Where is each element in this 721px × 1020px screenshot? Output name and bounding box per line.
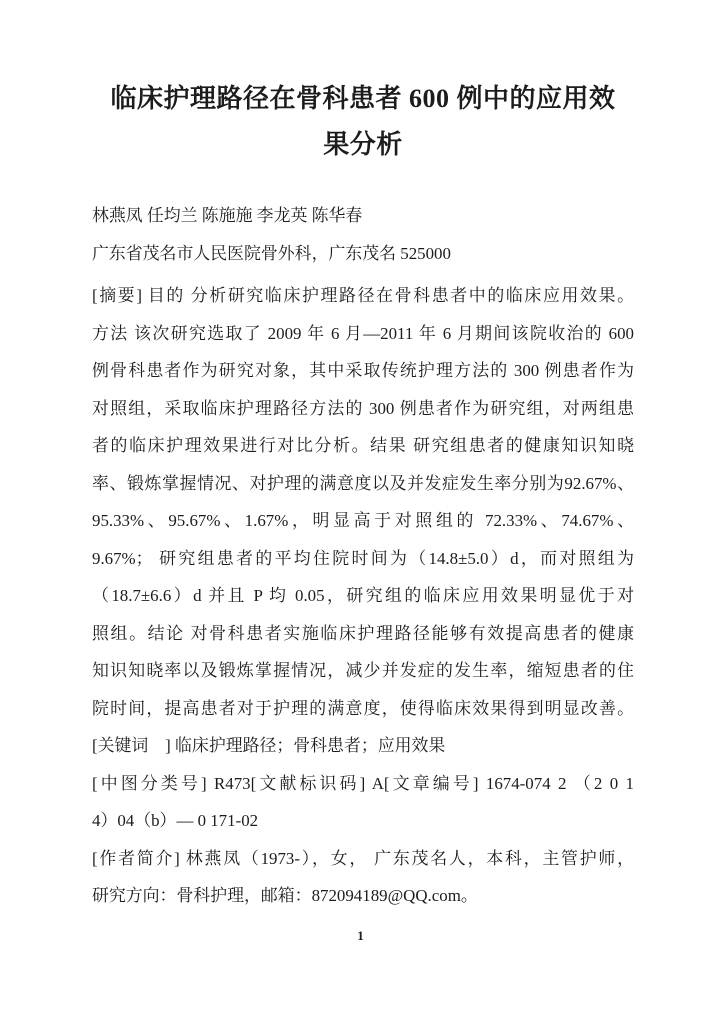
paper-title: 临床护理路径在骨科患者 600 例中的应用效 果分析 [92,0,634,168]
abstract-line-10: 照组。结论 对骨科患者实施临床护理路径能够有效提高患者的健康 [92,615,634,653]
abstract-line-2: 方法 该次研究选取了 2009 年 6 月—2011 年 6 月期间该院收治的 … [92,315,634,353]
abstract-line-3: 例骨科患者作为研究对象，其中采取传统护理方法的 300 例患者作为 [92,352,634,390]
paper-title-line-2: 果分析 [92,122,634,168]
body-text: 林燕凤 任均兰 陈施施 李龙英 陈华春 广东省茂名市人民医院骨外科，广东茂名 5… [92,197,634,915]
abstract-line-4: 对照组，采取临床护理路径方法的 300 例患者作为研究组，对两组患 [92,390,634,428]
classification-line-1: [中图分类号] R473[文献标识码] A[文章编号] 1674-074 2 （… [92,765,634,803]
abstract-line-5: 者的临床护理效果进行对比分析。结果 研究组患者的健康知识知晓 [92,427,634,465]
authors-line: 林燕凤 任均兰 陈施施 李龙英 陈华春 [92,197,634,235]
abstract-paragraph: [摘要] 目的 分析研究临床护理路径在骨科患者中的临床应用效果。 方法 该次研究… [92,277,634,727]
abstract-line-1: [摘要] 目的 分析研究临床护理路径在骨科患者中的临床应用效果。 [92,277,634,315]
paper-title-line-1: 临床护理路径在骨科患者 600 例中的应用效 [92,76,634,122]
classification-line-2: 4）04（b）— 0 171-02 [92,802,634,840]
keywords-line: [关键词 ] 临床护理路径；骨科患者；应用效果 [92,727,634,765]
abstract-line-9: （18.7±6.6）d 并且 P 均 0.05，研究组的临床应用效果明显优于对 [92,577,634,615]
affiliation-line: 广东省茂名市人民医院骨外科，广东茂名 525000 [92,235,634,273]
author-bio-line-2: 研究方向：骨科护理，邮箱：872094189@QQ.com。 [92,877,634,915]
abstract-line-11: 知识知晓率以及锻炼掌握情况，减少并发症的发生率，缩短患者的住 [92,652,634,690]
text-column: 临床护理路径在骨科患者 600 例中的应用效 果分析 林燕凤 任均兰 陈施施 李… [92,0,634,915]
document-page: 临床护理路径在骨科患者 600 例中的应用效 果分析 林燕凤 任均兰 陈施施 李… [0,0,721,1020]
abstract-line-6: 率、锻炼掌握情况、对护理的满意度以及并发症发生率分别为92.67%、 [92,465,634,503]
abstract-line-12: 院时间，提高患者对于护理的满意度，使得临床效果得到明显改善。 [92,690,634,728]
author-bio-line-1: [作者简介] 林燕凤（1973-），女， 广东茂名人，本科，主管护师， [92,840,634,878]
abstract-line-8: 9.67%； 研究组患者的平均住院时间为（14.8±5.0）d，而对照组为 [92,540,634,578]
abstract-line-7: 95.33%、95.67%、1.67%，明显高于对照组的 72.33%、74.6… [92,502,634,540]
page-number: 1 [0,926,721,946]
